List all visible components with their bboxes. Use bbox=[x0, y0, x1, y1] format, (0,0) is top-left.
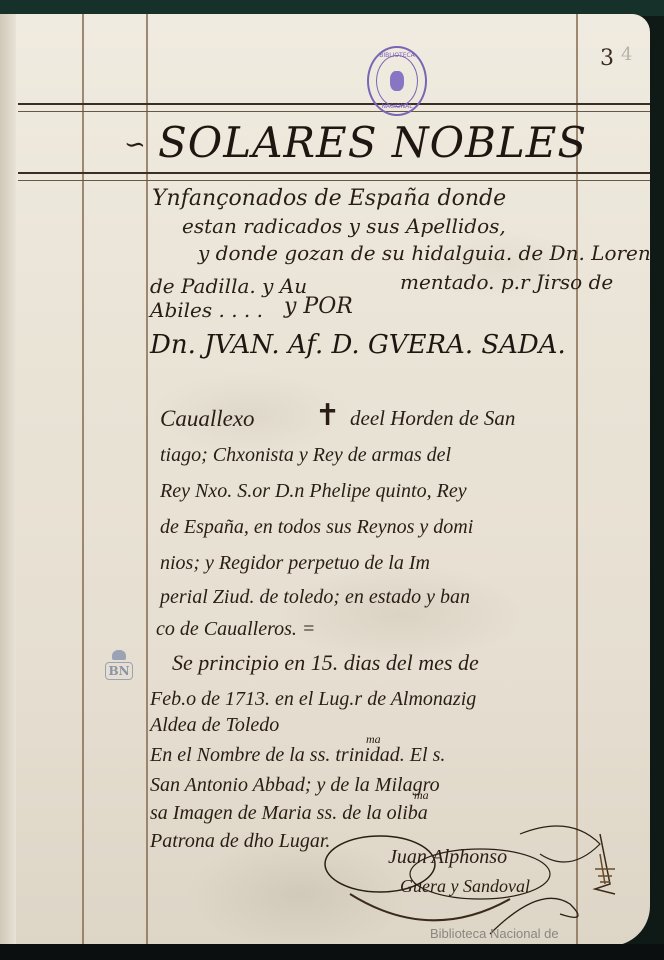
stamp-text-bottom: NACIONAL bbox=[369, 103, 425, 110]
colophon-line-2: Feb.o de 1713. en el Lug.r de Almonazig bbox=[150, 688, 476, 711]
biblioteca-nacional-stamp: BIBLIOTECA NACIONAL bbox=[367, 46, 427, 116]
subtitle-line-2: estan radicados y sus Apellidos, bbox=[182, 214, 506, 238]
title-rule-top-1 bbox=[18, 103, 650, 105]
scan-bottom-border bbox=[0, 944, 664, 960]
crown-icon bbox=[112, 650, 126, 660]
signature-line-2: Guera y Sandoval bbox=[400, 876, 530, 897]
page-title: SOLARES NOBLES bbox=[158, 118, 587, 167]
subtitle-line-1: Ynfançonados de España donde bbox=[152, 186, 506, 211]
bn-margin-stamp: BN bbox=[106, 650, 132, 690]
author-line: Dn. JVAN. Af. D. GVERA. SADA. bbox=[150, 330, 566, 360]
santiago-cross-icon: ✝ bbox=[315, 398, 340, 433]
signature-line-1: Juan Alphonso bbox=[388, 846, 507, 869]
body-line-3: tiago; Chxonista y Rey de armas del bbox=[160, 444, 451, 467]
crest-icon bbox=[390, 71, 404, 91]
colophon-line-7: Patrona de dho Lugar. bbox=[150, 830, 330, 853]
bn-letters: BN bbox=[105, 662, 132, 680]
body-line-1: Cauallexo bbox=[160, 406, 255, 432]
body-line-4: Rey Nxo. S.or D.n Phelipe quinto, Rey bbox=[160, 480, 467, 503]
title-flourish-icon: ∽ bbox=[124, 130, 146, 160]
body-line-6: nios; y Regidor perpetuo de la Im bbox=[160, 552, 430, 575]
subtitle-line-7: y POR bbox=[284, 294, 353, 319]
colophon-line-5: San Antonio Abbad; y de la Milagro bbox=[150, 774, 440, 797]
folio-number: 3 bbox=[600, 46, 614, 71]
colophon-line-1: Se principio en 15. dias del mes de bbox=[172, 650, 479, 676]
colophon-line-3: Aldea de Toledo bbox=[150, 714, 279, 737]
body-line-5: de España, en todos sus Reynos y domi bbox=[160, 516, 473, 539]
margin-rule-left-outer bbox=[82, 14, 84, 946]
body-line-8: co de Caualleros. = bbox=[156, 618, 315, 641]
folio-number-ghost: 4 bbox=[621, 44, 632, 65]
margin-rule-left-inner bbox=[146, 14, 148, 946]
page-fold-edge bbox=[0, 14, 16, 946]
title-rule-bottom-1 bbox=[18, 172, 650, 174]
title-rule-bottom-2 bbox=[18, 180, 650, 181]
stamp-text-top: BIBLIOTECA bbox=[369, 52, 425, 59]
subtitle-line-6: Abiles . . . . bbox=[150, 298, 263, 322]
colophon-line-4: En el Nombre de la ss. trinidad. El s. bbox=[150, 744, 445, 767]
subtitle-line-5: mentado. p.r Jirso de bbox=[400, 270, 613, 294]
title-rule-top-2 bbox=[18, 111, 650, 112]
library-watermark: Biblioteca Nacional de bbox=[430, 926, 559, 941]
subtitle-line-3: y donde gozan de su hidalguia. de Dn. Lo… bbox=[198, 241, 650, 265]
manuscript-page: BIBLIOTECA NACIONAL 3 4 ∽ SOLARES NOBLES… bbox=[0, 14, 650, 946]
body-line-2: deel Horden de San bbox=[350, 406, 515, 431]
body-line-7: perial Ziud. de toledo; en estado y ban bbox=[160, 586, 470, 609]
superscript-ma-2: ma bbox=[414, 788, 429, 803]
